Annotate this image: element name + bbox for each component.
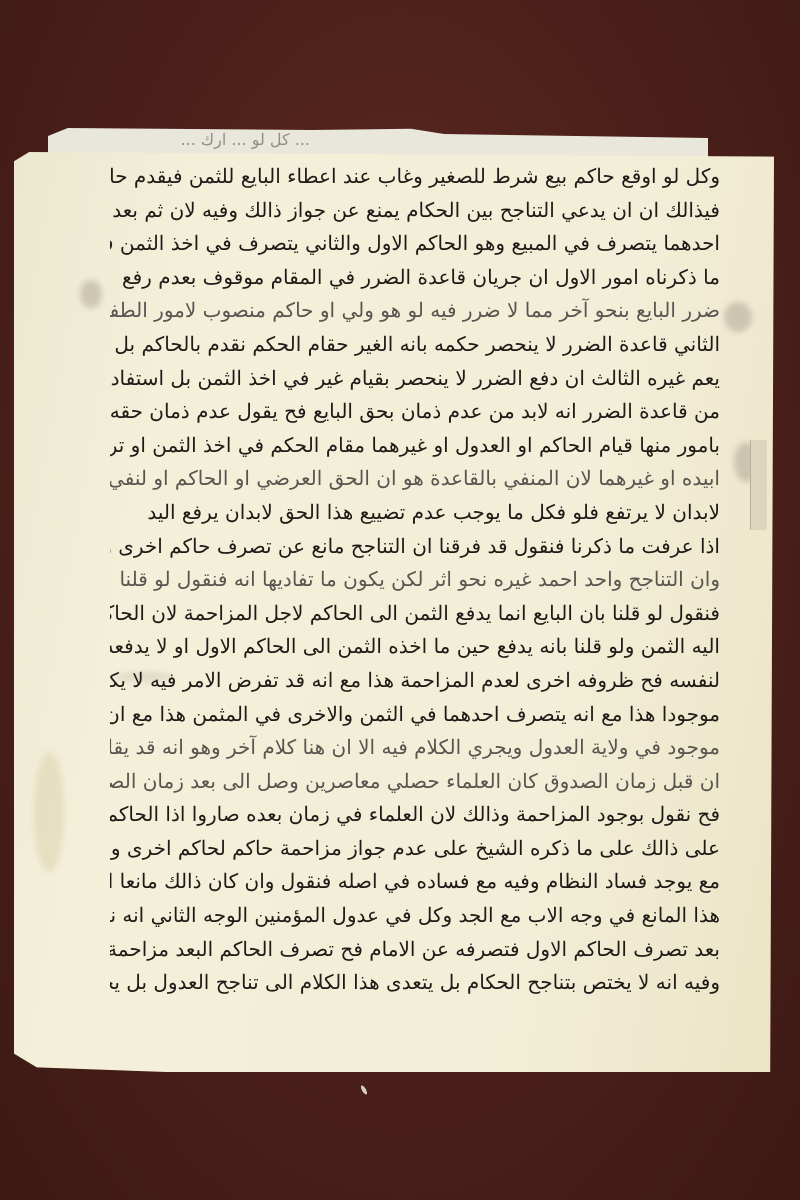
manuscript-line: الثاني قاعدة الضرر لا ينحصر حكمه بانه ال… (110, 328, 720, 362)
manuscript-line: لنفسه فح ظروفه اخرى لعدم المزاحمة هذا مع… (110, 664, 720, 698)
manuscript-line: وكل لو اوقع حاكم بيع شرط للصغير وغاب عند… (110, 160, 720, 194)
underlying-page-text: ... كل لو ... ارك ... (70, 130, 310, 149)
water-stain (34, 752, 64, 872)
paper-fleck (360, 1085, 368, 1096)
manuscript-line: فيذالك ان ان يدعي التناجح بين الحكام يمن… (110, 194, 720, 228)
manuscript-line: ما ذكرناه امور الاول ان جريان قاعدة الضر… (110, 261, 720, 295)
manuscript-line: بعد تصرف الحاكم الاول فتصرفه عن الامام ف… (110, 933, 720, 967)
ink-stain (80, 280, 102, 308)
manuscript-line: فح نقول بوجود المزاحمة وذالك لان العلماء… (110, 798, 720, 832)
manuscript-line: مع يوجد فساد النظام وفيه مع فساده في اصل… (110, 865, 720, 899)
manuscript-line: من قاعدة الضرر انه لابد من عدم ذمان بحق … (110, 395, 720, 429)
manuscript-line: موجودا هذا مع انه يتصرف احدهما في الثمن … (110, 698, 720, 732)
manuscript-line: اذا عرفت ما ذكرنا فنقول قد فرقنا ان التن… (110, 530, 720, 564)
manuscript-line: ضرر البايع بنحو آخر مما لا ضرر فيه لو هو… (110, 294, 720, 328)
manuscript-line: اليه الثمن ولو قلنا بانه يدفع حين ما اخذ… (110, 630, 720, 664)
manuscript-line: يعم غيره الثالث ان دفع الضرر لا ينحصر بق… (110, 362, 720, 396)
ink-stain (724, 302, 752, 332)
manuscript-line: لابدان لا يرتفع فلو فكل ما يوجب عدم تضيي… (110, 496, 720, 530)
manuscript-line: وفيه انه لا يختص بتناجح الحكام بل يتعدى … (110, 966, 720, 1000)
page-fold (750, 440, 767, 530)
manuscript-line: ان قبل زمان الصدوق كان العلماء حصلي معاص… (110, 765, 720, 799)
manuscript-line: على ذالك على ما ذكره الشيخ على عدم جواز … (110, 832, 720, 866)
manuscript-line: موجود في ولاية العدول ويجري الكلام فيه ا… (110, 731, 720, 765)
manuscript-line: هذا المانع في وجه الاب مع الجد وكل في عد… (110, 899, 720, 933)
manuscript-line: فنقول لو قلنا بان البايع انما يدفع الثمن… (110, 597, 720, 631)
manuscript-line: بامور منها قيام الحاكم او العدول او غيره… (110, 429, 720, 463)
manuscript-text: وكل لو اوقع حاكم بيع شرط للصغير وغاب عند… (110, 160, 720, 1000)
manuscript-line: ابيده او غيرهما لان المنفي بالقاعدة هو ا… (110, 462, 720, 496)
manuscript-line: وان التناجح واحد احمد غيره نحو اثر لكن ي… (110, 563, 720, 597)
manuscript-line: احدهما يتصرف في المبيع وهو الحاكم الاول … (110, 227, 720, 261)
